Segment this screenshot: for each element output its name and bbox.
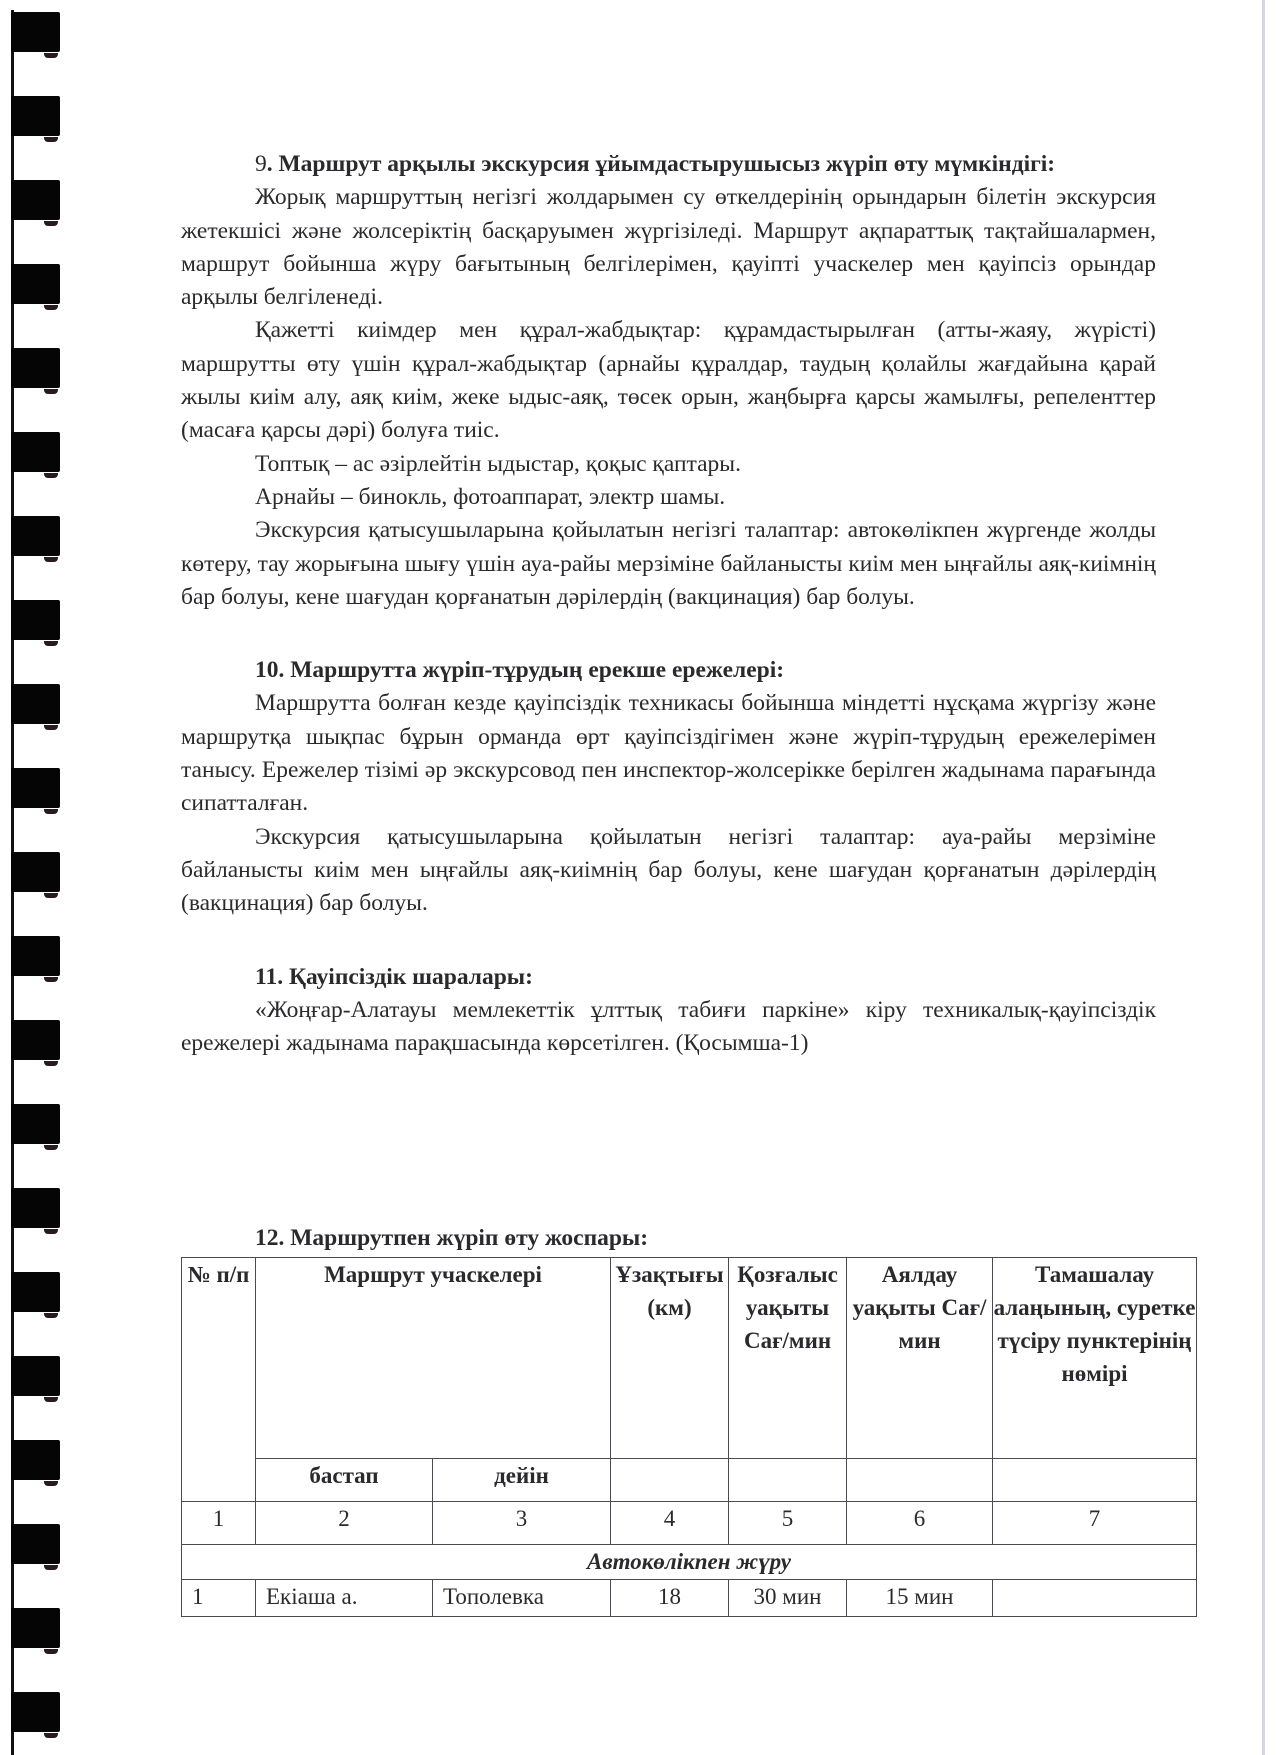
cell-no: 1 (182, 1580, 256, 1617)
section-11-paragraph: «Жоңғар-Алатауы мемлекеттік ұлттық табиғ… (181, 994, 1156, 1061)
binding-hole (11, 96, 60, 136)
binding-hole (11, 936, 60, 976)
binding-hole (11, 516, 60, 556)
column-number: 2 (256, 1502, 433, 1545)
binding-hole (11, 1524, 60, 1564)
empty-cell (993, 1459, 1197, 1502)
header-route-sections: Маршрут учаскелері (256, 1258, 611, 1459)
header-stop-time: Аялдау уақыты Сағ/мин (847, 1258, 993, 1459)
empty-cell (847, 1459, 993, 1502)
binding-hole (11, 684, 60, 724)
column-number: 1 (182, 1502, 256, 1545)
section-9-paragraph: Жорық маршруттың негізгі жолдарымен су ө… (181, 181, 1156, 314)
header-move-time: Қозғалыс уақыты Сағ/мин (729, 1258, 847, 1459)
cell-move-time: 30 мин (729, 1580, 847, 1617)
empty-cell (611, 1459, 729, 1502)
document-body: 9. Маршрут арқылы экскурсия ұйымдастыруш… (181, 148, 1156, 1060)
binding-hole (11, 12, 60, 52)
binding-hole (11, 432, 60, 472)
group-row: Автокөлікпен жүру (182, 1545, 1197, 1580)
header-viewpoints: Тамашалау алаңының, суретке түсіру пункт… (993, 1258, 1197, 1459)
section-10-paragraph: Экскурсия қатысушыларына қойылатын негіз… (181, 821, 1156, 921)
binding-hole (11, 1104, 60, 1144)
empty-cell (729, 1459, 847, 1502)
binding-hole (11, 1020, 60, 1060)
group-label: Автокөлікпен жүру (182, 1545, 1197, 1580)
subheader-from: бастап (256, 1459, 433, 1502)
table-row: 1 Екіаша а. Тополевка 18 30 мин 15 мин (182, 1580, 1197, 1617)
binding-hole (11, 180, 60, 220)
cell-viewpoints (993, 1580, 1197, 1617)
column-number: 6 (847, 1502, 993, 1545)
section-9-paragraph: Арнайы – бинокль, фотоаппарат, электр ша… (181, 481, 1156, 514)
section-9-paragraph: Экскурсия қатысушыларына қойылатын негіз… (181, 514, 1156, 614)
section-9-paragraph: Қажетті киімдер мен құрал-жабдықтар: құр… (181, 314, 1156, 447)
column-number: 7 (993, 1502, 1197, 1545)
binding-hole (11, 600, 60, 640)
binding-hole (11, 852, 60, 892)
table-subheader-row: бастап дейін (182, 1459, 1197, 1502)
section-9-heading-text: . Маршрут арқылы экскурсия ұйымдастырушы… (267, 151, 1055, 177)
section-12-heading: 12. Маршрутпен жүріп өту жоспары: (255, 1222, 648, 1255)
spacer (181, 614, 1156, 654)
section-9-paragraph: Топтық – ас әзірлейтін ыдыстар, қоқыс қа… (181, 448, 1156, 481)
column-number: 3 (433, 1502, 611, 1545)
header-length: Ұзақтығы (км) (611, 1258, 729, 1459)
cell-length: 18 (611, 1580, 729, 1617)
spiral-binding (0, 0, 70, 1755)
cell-stop-time: 15 мин (847, 1580, 993, 1617)
cell-from: Екіаша а. (256, 1580, 433, 1617)
spacer (181, 921, 1156, 961)
section-10-paragraph: Маршрутта болған кезде қауіпсіздік техни… (181, 687, 1156, 820)
table-header-row: № п/п Маршрут учаскелері Ұзақтығы (км) Қ… (182, 1258, 1197, 1459)
page-edge (1262, 0, 1265, 1755)
section-11-heading: 11. Қауіпсіздік шаралары: (181, 961, 1156, 994)
section-9-number: 9 (255, 151, 267, 177)
binding-hole (11, 264, 60, 304)
binding-hole (11, 1440, 60, 1480)
column-numbers-row: 1 2 3 4 5 6 7 (182, 1502, 1197, 1545)
cell-to: Тополевка (433, 1580, 611, 1617)
section-10-heading: 10. Маршрутта жүріп-тұрудың ерекше ереже… (181, 654, 1156, 687)
column-number: 5 (729, 1502, 847, 1545)
subheader-to: дейін (433, 1459, 611, 1502)
binding-hole (11, 1272, 60, 1312)
header-no: № п/п (182, 1258, 256, 1502)
binding-hole (11, 1692, 60, 1732)
binding-hole (11, 1188, 60, 1228)
binding-hole (11, 768, 60, 808)
binding-hole (11, 1608, 60, 1648)
binding-hole (11, 348, 60, 388)
route-plan-table: № п/п Маршрут учаскелері Ұзақтығы (км) Қ… (181, 1257, 1197, 1617)
column-number: 4 (611, 1502, 729, 1545)
binding-hole (11, 1356, 60, 1396)
section-9-heading: 9. Маршрут арқылы экскурсия ұйымдастыруш… (181, 148, 1156, 181)
